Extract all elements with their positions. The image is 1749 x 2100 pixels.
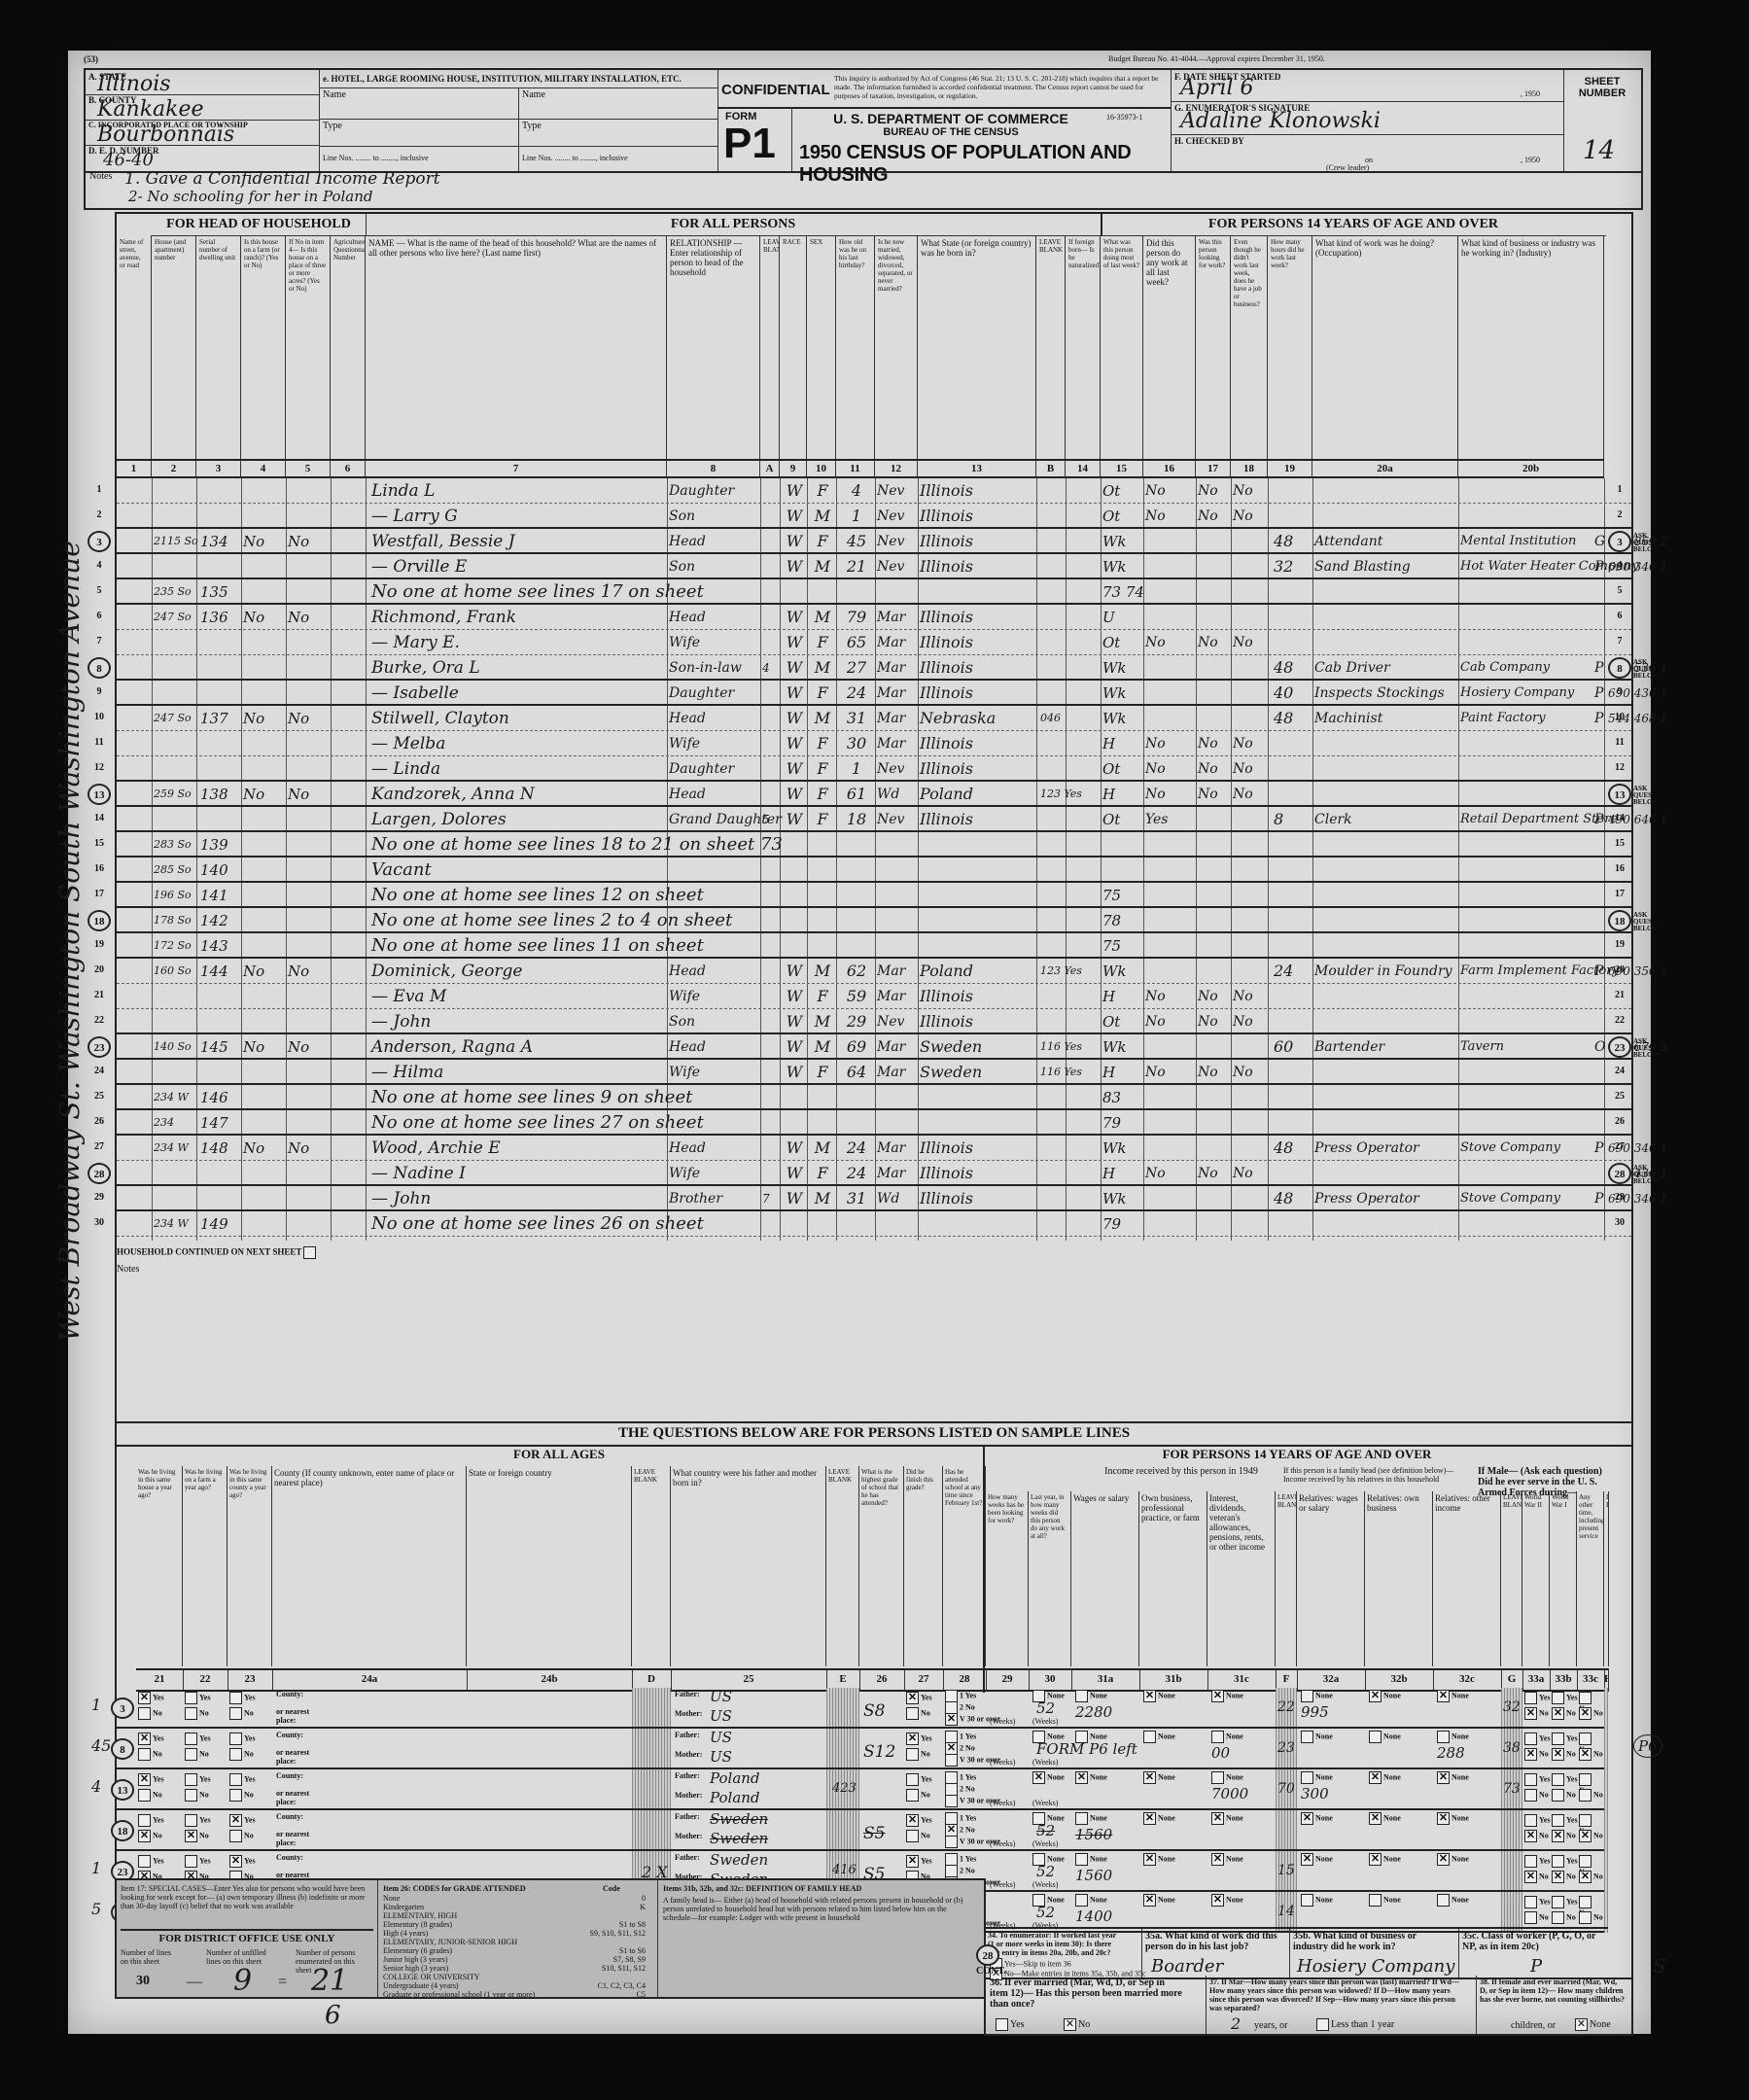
cell-activity: Ot [1102, 756, 1143, 782]
armed-c33a-no[interactable]: ✕No [1524, 1707, 1549, 1720]
sample-cell-g: 32 [1503, 1699, 1521, 1715]
q38-label: 38. If female and ever married (Mar, Wd,… [1480, 1977, 1626, 2004]
line-number-left: 10 [87, 712, 111, 722]
armed-c33b-no[interactable]: ✕No [1552, 1707, 1576, 1720]
armed-c33b-yes[interactable]: Yes [1552, 1732, 1578, 1745]
cell-race: W [782, 1161, 807, 1186]
ask-questions-below: ASK QUES. BELOW [1633, 912, 1659, 932]
cell-industry: Cab Company [1460, 655, 1596, 681]
grade-code-header: Code [603, 1884, 620, 1893]
sample-line-badge-left: 3 [87, 531, 111, 552]
cell-race: W [782, 1060, 807, 1085]
checkbox-c23-yes[interactable]: Yes [229, 1732, 256, 1745]
cell-name: Wood, Archie E [371, 1136, 663, 1161]
ask-questions-below: ASK QUES. BELOW [1633, 1165, 1659, 1185]
income-c32c-none[interactable]: ✕None [1437, 1812, 1469, 1825]
checkbox-c22-no[interactable]: ✕No [185, 1830, 209, 1842]
cell-acres: No [288, 605, 327, 630]
cell-c16: No [1145, 504, 1194, 529]
ask-questions-below: ASK QUES. BELOW [1633, 1038, 1659, 1059]
cell-col_a: 7 [762, 1186, 780, 1211]
income-c32c-none[interactable]: None [1437, 1894, 1469, 1907]
cell-serial: 147 [200, 1110, 239, 1136]
sample-cell-f: 14 [1277, 1904, 1295, 1919]
q36-yes[interactable]: Yes [996, 2018, 1025, 2031]
cell-marital: Mar [877, 959, 918, 984]
armed-c33a-yes[interactable]: Yes [1524, 1896, 1551, 1908]
checkbox-c21-no[interactable]: ✕No [138, 1830, 162, 1842]
checkbox-c21-yes[interactable]: ✕Yes [138, 1732, 164, 1745]
sample-line-badge: 23 [1608, 1036, 1631, 1058]
unfilled-value: 9 [233, 1964, 252, 1998]
q38-none[interactable]: ✕None [1575, 2018, 1611, 2031]
cell-name: Dominick, George [371, 959, 663, 984]
column-number-11: 11 [836, 459, 875, 478]
column-number-16: 16 [1143, 459, 1196, 478]
cell-serial: 143 [200, 933, 239, 959]
armed-c33a-no[interactable]: ✕No [1524, 1748, 1549, 1761]
income-c32a: 300 [1301, 1785, 1329, 1802]
minus-sign: — [187, 1974, 202, 1991]
cell-hours: 60 [1274, 1034, 1312, 1060]
cell-rel: Brother [669, 1186, 760, 1211]
finished-grade-no[interactable]: No [906, 1789, 930, 1802]
cell-activity: 73 74 [1102, 579, 1143, 605]
income-c31b-none[interactable]: ✕None [1143, 1690, 1175, 1702]
cell-marital: Mar [877, 630, 918, 655]
cell-industry: Mental Institution [1460, 529, 1596, 554]
cell-activity: Wk [1102, 529, 1143, 554]
cell-hours: 40 [1274, 681, 1312, 706]
finished-grade-no[interactable]: No [906, 1830, 930, 1842]
armed-c33a-no[interactable]: No [1524, 1911, 1549, 1924]
q36-no[interactable]: ✕No [1064, 2018, 1090, 2031]
cell-activity: H [1102, 1161, 1143, 1186]
form-title-block: CONFIDENTIAL This inquiry is authorized … [717, 70, 1172, 171]
cell-race: W [782, 706, 807, 731]
cell-hours: 48 [1274, 655, 1312, 681]
cell-age: 62 [838, 959, 875, 984]
armed-c33c-no[interactable]: ✕No [1579, 1748, 1603, 1761]
line-number-left: 14 [87, 813, 111, 823]
finished-grade-yes[interactable]: ✕Yes [906, 1732, 932, 1745]
armed-c33c-no[interactable]: No [1579, 1789, 1603, 1802]
cell-birthplace: Illinois [920, 681, 1036, 706]
cell-rel: Head [669, 529, 760, 554]
column-number-4: 4 [241, 459, 286, 478]
armed-c33c-no[interactable]: ✕No [1579, 1830, 1603, 1842]
checkbox-c21-no[interactable]: No [138, 1789, 162, 1802]
armed-c33a-no[interactable]: No [1524, 1789, 1549, 1802]
armed-c33b-no[interactable]: ✕No [1552, 1748, 1576, 1761]
cell-rel: Wife [669, 1060, 760, 1085]
cell-farm: No [243, 959, 282, 984]
checkbox-c22-yes[interactable]: Yes [185, 1773, 211, 1786]
cell-industry: Paint Factory [1460, 706, 1596, 731]
table-row: 285 So140Vacant1616 [117, 857, 1631, 883]
income-c32b-none[interactable]: None [1369, 1731, 1401, 1743]
line-number: 25 [1608, 1091, 1631, 1102]
checkbox-c23-yes[interactable]: ✕Yes [229, 1855, 256, 1868]
sample-column-header-31a: Wages or salary [1071, 1491, 1139, 1666]
checkbox-c22-yes[interactable]: Yes [185, 1692, 211, 1704]
cell-hours: 48 [1274, 1186, 1312, 1211]
cell-activity: U [1102, 605, 1143, 630]
checkbox-c23-no[interactable]: No [229, 1707, 254, 1720]
column-number-1: 1 [117, 459, 152, 478]
checkbox-c23-yes[interactable]: Yes [229, 1692, 256, 1704]
grade-codes-title: Item 26: CODES for GRADE ATTENDED [383, 1884, 526, 1893]
table-row: 247 So137NoNoStilwell, ClaytonHeadWM31Ma… [117, 706, 1631, 731]
checkbox-c23-yes[interactable]: Yes [229, 1773, 256, 1786]
cell-age: 59 [838, 984, 875, 1009]
armed-c33a-yes[interactable]: Yes [1524, 1855, 1551, 1868]
income-c31b-none[interactable]: None [1143, 1731, 1175, 1743]
highest-grade: S5 [863, 1824, 885, 1843]
line-number: 9 [1608, 686, 1631, 697]
nearest-place-label: or nearest place: [276, 1830, 325, 1847]
income-c31a-none[interactable]: None [1075, 1853, 1107, 1866]
cell-class: P [1594, 706, 1608, 731]
income-c32b-none[interactable]: None [1369, 1894, 1401, 1907]
finished-grade-yes[interactable]: ✕Yes [906, 1855, 932, 1868]
father-birthplace: US [710, 1688, 732, 1705]
checked-year: , 1950 [1521, 156, 1540, 164]
cell-hours: 48 [1274, 1136, 1312, 1161]
cell-birthplace: Nebraska [920, 706, 1036, 731]
cell-sex: F [809, 984, 836, 1009]
sample-column-header-32b: Relatives: own business [1365, 1491, 1433, 1666]
column-number-18: 18 [1231, 459, 1268, 478]
sample-line-badge: 8 [1608, 657, 1631, 679]
cell-activity: Ot [1102, 807, 1143, 832]
income-c31c-none[interactable]: ✕None [1211, 1812, 1243, 1825]
date-year: , 1950 [1521, 89, 1540, 98]
cell-race: W [782, 807, 807, 832]
income-c32b-none[interactable]: ✕None [1369, 1853, 1401, 1866]
cell-rel: Head [669, 1034, 760, 1060]
checkbox-c23-no[interactable]: No [229, 1830, 254, 1842]
checked-label: h. CHECKED BY [1174, 136, 1244, 146]
line-number-left: 4 [87, 560, 111, 571]
cell-class: P [1594, 655, 1608, 681]
income-c31b-none[interactable]: ✕None [1143, 1812, 1175, 1825]
column-number-6: 6 [331, 459, 366, 478]
table-row: 283 So139No one at home see lines 18 to … [117, 832, 1631, 857]
armed-c33b-no[interactable]: ✕No [1552, 1830, 1576, 1842]
cell-birthplace: Illinois [920, 1136, 1036, 1161]
cell-race: W [782, 782, 807, 807]
county-label: County: [276, 1812, 303, 1821]
column-header-10: SEX [807, 235, 836, 459]
sample-column-header-24b: State or foreign country [467, 1466, 632, 1666]
cell-age: 29 [838, 1009, 875, 1034]
cell-age: 69 [838, 1034, 875, 1060]
ask-questions-below: ASK QUES. BELOW [1633, 786, 1659, 806]
state-value: Illinois [97, 72, 171, 96]
armed-c33b-no[interactable]: No [1552, 1911, 1576, 1924]
income-c31c-none[interactable]: ✕None [1211, 1853, 1243, 1866]
cell-c18: No [1233, 1060, 1268, 1085]
checkbox-c23-no[interactable]: No [229, 1789, 254, 1802]
ed-value: 46-40 [103, 150, 154, 170]
sample-for-persons-14: FOR PERSONS 14 YEARS OF AGE AND OVER [986, 1447, 1608, 1462]
income-c31a-none[interactable]: None [1075, 1690, 1107, 1702]
sample-column-header-e: LEAVE BLANK [826, 1466, 859, 1666]
table-row: 234 W148NoNoWood, Archie EHeadWM24MarIll… [117, 1136, 1631, 1161]
sample-column-header-33a: World War II [1522, 1491, 1550, 1666]
armed-c33a-no[interactable]: ✕No [1524, 1871, 1549, 1883]
table-row: — HilmaWifeWF64MarSweden116 YesHNoNoNo24… [117, 1060, 1631, 1085]
cell-rel: Son-in-law [669, 655, 760, 681]
sample-line-prefix: 1 [91, 1696, 101, 1714]
income-c32c-none[interactable]: ✕None [1437, 1853, 1469, 1866]
cell-activity: Wk [1102, 1136, 1143, 1161]
column-number-7: 7 [366, 459, 667, 478]
income-c32a-none[interactable]: ✕None [1301, 1812, 1333, 1825]
checkbox-c21-no[interactable]: No [138, 1748, 162, 1761]
finished-grade-yes[interactable]: ✕Yes [906, 1692, 932, 1704]
income-c32a-none[interactable]: None [1301, 1690, 1333, 1702]
checkbox-c22-yes[interactable]: Yes [185, 1855, 211, 1868]
income-c31a-none[interactable]: None [1075, 1731, 1107, 1743]
column-header-19: How many hours did he work last week? [1268, 235, 1312, 459]
cell-birthplace: Sweden [920, 1060, 1036, 1085]
line-number-left: 6 [87, 611, 111, 621]
line-number-left: 25 [87, 1091, 111, 1102]
weeks-worked: 52 [1036, 1822, 1055, 1839]
armed-c33b-no[interactable]: ✕No [1552, 1871, 1576, 1883]
cell-sex: F [809, 529, 836, 554]
weeks-worked: 52 [1036, 1863, 1055, 1880]
cell-sex: M [809, 504, 836, 529]
last-sample-questions: 34. To enumerator: If worked last year (… [986, 1927, 1608, 1977]
armed-c33a-yes[interactable]: Yes [1524, 1732, 1551, 1745]
cell-c17: No [1198, 756, 1231, 782]
grade-code-row: Undergraduate (4 years)C1, C2, C3, C4 [383, 1981, 646, 1990]
cell-activity: Wk [1102, 706, 1143, 731]
income-c31b-none[interactable]: ✕None [1143, 1771, 1175, 1784]
enumerator-signature: Adaline Klonowski [1180, 109, 1381, 133]
cell-name: — Nadine I [371, 1161, 663, 1186]
cell-c16: No [1145, 756, 1194, 782]
income-c31c-none[interactable]: ✕None [1211, 1894, 1243, 1907]
checkbox-c21-no[interactable]: No [138, 1707, 162, 1720]
page-code: (53) [84, 54, 98, 64]
income-c32a-none[interactable]: None [1301, 1771, 1333, 1784]
sample-line-badge-left: 23 [87, 1036, 111, 1058]
ask-questions-below: ASK QUES. BELOW [1633, 533, 1659, 553]
finished-grade-yes[interactable]: Yes [906, 1773, 932, 1786]
weeks-label: (Weeks) [990, 1839, 1015, 1848]
cell-age: 61 [838, 782, 875, 807]
cell-house: 172 So [154, 933, 196, 959]
column-header-6: Agriculture Questionnaire Number [331, 235, 366, 459]
income-c32a-none[interactable]: None [1301, 1894, 1333, 1907]
q37-less-than-1[interactable]: Less than 1 year [1316, 2018, 1394, 2031]
q37-label: 37. If Mar—How many years since this per… [1209, 1977, 1462, 2012]
form-header: a. STATE Illinois b. COUNTY Kankakee c. … [84, 68, 1643, 173]
sample-column-header-31b: Own business, professional practice, or … [1139, 1491, 1207, 1666]
finished-grade-no[interactable]: No [906, 1748, 930, 1761]
cell-race: W [782, 1136, 807, 1161]
cell-name: — Hilma [371, 1060, 663, 1085]
cell-activity: 75 [1102, 883, 1143, 908]
cell-marital: Mar [877, 1161, 918, 1186]
income-c31b-none[interactable]: ✕None [1143, 1853, 1175, 1866]
persons-value: 21 [311, 1964, 348, 1998]
cell-race: W [782, 605, 807, 630]
cell-industry: Retail Department Store [1460, 807, 1596, 832]
armed-c33b-no[interactable]: No [1552, 1789, 1576, 1802]
income-c32a-none[interactable]: ✕None [1301, 1853, 1333, 1866]
column-header-8: RELATIONSHIP — Enter relationship of per… [667, 235, 760, 459]
checkbox-c22-yes[interactable]: Yes [185, 1732, 211, 1745]
father-label: Father: [675, 1731, 700, 1739]
cell-sex: M [809, 1136, 836, 1161]
checkbox-c22-no[interactable]: No [185, 1789, 209, 1802]
q35c-answer: P [1530, 1956, 1542, 1977]
note-1: 1. Gave a Confidential Income Report [124, 169, 440, 189]
armed-c33a-yes[interactable]: Yes [1524, 1692, 1551, 1704]
weeks-label: (Weeks) [1032, 1839, 1058, 1848]
cell-race: W [782, 655, 807, 681]
armed-c33a-yes[interactable]: Yes [1524, 1773, 1551, 1786]
income-c31a-none[interactable]: None [1075, 1894, 1107, 1907]
armed-c33b-yes[interactable]: Yes [1552, 1896, 1578, 1908]
cell-c16: No [1145, 630, 1194, 655]
nearest-place-label: or nearest place: [276, 1789, 325, 1806]
cell-activity: Wk [1102, 1186, 1143, 1211]
cell-c18: No [1233, 478, 1268, 504]
group-all-persons: FOR ALL PERSONS [366, 214, 1102, 236]
cell-col_a: 5 [762, 807, 780, 832]
finished-grade-yes[interactable]: ✕Yes [906, 1814, 932, 1827]
cell-birthplace: Illinois [920, 1186, 1036, 1211]
sample-cell-f: 15 [1277, 1863, 1295, 1878]
income-c31c-none[interactable]: ✕None [1211, 1690, 1243, 1702]
checkbox-c22-yes[interactable]: Yes [185, 1814, 211, 1827]
armed-c33a-no[interactable]: ✕No [1524, 1830, 1549, 1842]
cell-rel: Wife [669, 1161, 760, 1186]
grade-code-row: High (4 years)S9, S10, S11, S12 [383, 1929, 646, 1938]
cell-acres: No [288, 1034, 327, 1060]
cell-birthplace: Illinois [920, 554, 1036, 579]
armed-c33b-yes[interactable]: Yes [1552, 1692, 1578, 1704]
father-birthplace: Sweden [710, 1810, 768, 1828]
income-c32b-none[interactable]: ✕None [1369, 1690, 1401, 1702]
income-c32b-none[interactable]: ✕None [1369, 1771, 1401, 1784]
grade-code-row: Junior high (3 years)S7, S8, S9 [383, 1955, 646, 1964]
cell-age: 18 [838, 807, 875, 832]
finished-grade-no[interactable]: No [906, 1707, 930, 1720]
table-row: — Orville ESonWM21NevIllinoisWk32Sand Bl… [117, 554, 1631, 579]
table-row: 247 So136NoNoRichmond, FrankHeadWM79MarI… [117, 605, 1631, 630]
location-block: a. STATE Illinois b. COUNTY Kankakee c. … [86, 70, 320, 171]
income-c32c-none[interactable]: ✕None [1437, 1690, 1469, 1702]
confidential-text: This inquiry is authorized by Act of Con… [834, 74, 1165, 100]
column-number-15: 15 [1101, 459, 1143, 478]
hotel-name-label-2: Name [522, 89, 545, 100]
continued-badge: 28 CONT. [976, 1944, 1006, 1977]
income-c31c: 7000 [1211, 1785, 1248, 1802]
income-c31c-none[interactable]: None [1211, 1771, 1243, 1784]
column-header-4: Is this house on a farm (or ranch)? (Yes… [241, 235, 286, 459]
cell-house: 196 So [154, 883, 196, 908]
income-c32a-none[interactable]: None [1301, 1731, 1333, 1743]
checkbox-c21-yes[interactable]: Yes [138, 1855, 164, 1868]
checkbox-c23-yes[interactable]: ✕Yes [229, 1814, 256, 1827]
income-c31b-none[interactable]: ✕None [1143, 1894, 1175, 1907]
county-label: County: [276, 1771, 303, 1780]
cell-race: W [782, 731, 807, 756]
cell-c17: No [1198, 630, 1231, 655]
cell-sex: F [809, 807, 836, 832]
checkbox-c22-no[interactable]: No [185, 1707, 209, 1720]
armed-c33c-no[interactable]: ✕No [1579, 1871, 1603, 1883]
table-row: — Nadine IWifeWF24MarIllinoisHNoNoNo690 … [117, 1161, 1631, 1186]
weeks-worked-none[interactable]: ✕None [1032, 1771, 1065, 1784]
sample-line-prefix: 45 [91, 1736, 111, 1755]
checkbox-c21-yes[interactable]: Yes [138, 1814, 164, 1827]
special-cases-text: Item 17: SPECIAL CASES—Enter Yes also fo… [121, 1884, 373, 1910]
cell-sex: M [809, 1034, 836, 1060]
checkbox-c21-yes[interactable]: ✕Yes [138, 1773, 164, 1786]
income-c32c-none[interactable]: ✕None [1437, 1771, 1469, 1784]
household-continued-checkbox[interactable] [303, 1246, 316, 1259]
cell-age: 24 [838, 1161, 875, 1186]
cell-house: 285 So [154, 857, 196, 883]
line-number-left: 29 [87, 1192, 111, 1203]
cell-marital: Mar [877, 1034, 918, 1060]
weeks-label: (Weeks) [1032, 1880, 1058, 1889]
income-c31a-none[interactable]: ✕None [1075, 1771, 1107, 1784]
line-number: 14 [1608, 813, 1631, 823]
armed-c33b-yes[interactable]: Yes [1552, 1814, 1578, 1827]
income-c31a: 1400 [1075, 1907, 1112, 1925]
cell-name: Linda L [371, 478, 663, 504]
column-number-19: 19 [1268, 459, 1312, 478]
checkbox-c23-no[interactable]: No [229, 1748, 254, 1761]
cell-age: 64 [838, 1060, 875, 1085]
cell-farm: No [243, 706, 282, 731]
sample-column-header-21: Was he living in this same house a year … [136, 1466, 183, 1666]
cell-birthplace: Illinois [920, 478, 1036, 504]
weeks-label: (Weeks) [1032, 1717, 1058, 1726]
armed-c33c-no[interactable]: ✕No [1579, 1707, 1603, 1720]
checkbox-c21-yes[interactable]: ✕Yes [138, 1692, 164, 1704]
armed-c33b-yes[interactable]: Yes [1552, 1773, 1578, 1786]
cell-birthplace: Illinois [920, 1009, 1036, 1034]
income-c31c-none[interactable]: None [1211, 1731, 1243, 1743]
income-c32b-none[interactable]: ✕None [1369, 1812, 1401, 1825]
checkbox-c22-no[interactable]: No [185, 1748, 209, 1761]
line-number-left: 26 [87, 1116, 111, 1127]
line-number: 4 [1608, 560, 1631, 571]
cell-c16: No [1145, 1161, 1194, 1186]
armed-c33b-yes[interactable]: Yes [1552, 1855, 1578, 1868]
income-c31a-none[interactable]: None [1075, 1812, 1107, 1825]
cell-age: 4 [838, 478, 875, 504]
cell-marital: Nev [877, 478, 918, 504]
income-c32c-none[interactable]: None [1437, 1731, 1469, 1743]
cell-marital: Nev [877, 529, 918, 554]
line-number-left: 11 [87, 737, 111, 748]
cell-marital: Mar [877, 706, 918, 731]
armed-c33a-yes[interactable]: Yes [1524, 1814, 1551, 1827]
father-label: Father: [675, 1812, 700, 1821]
armed-c33c-no[interactable]: No [1579, 1911, 1603, 1924]
